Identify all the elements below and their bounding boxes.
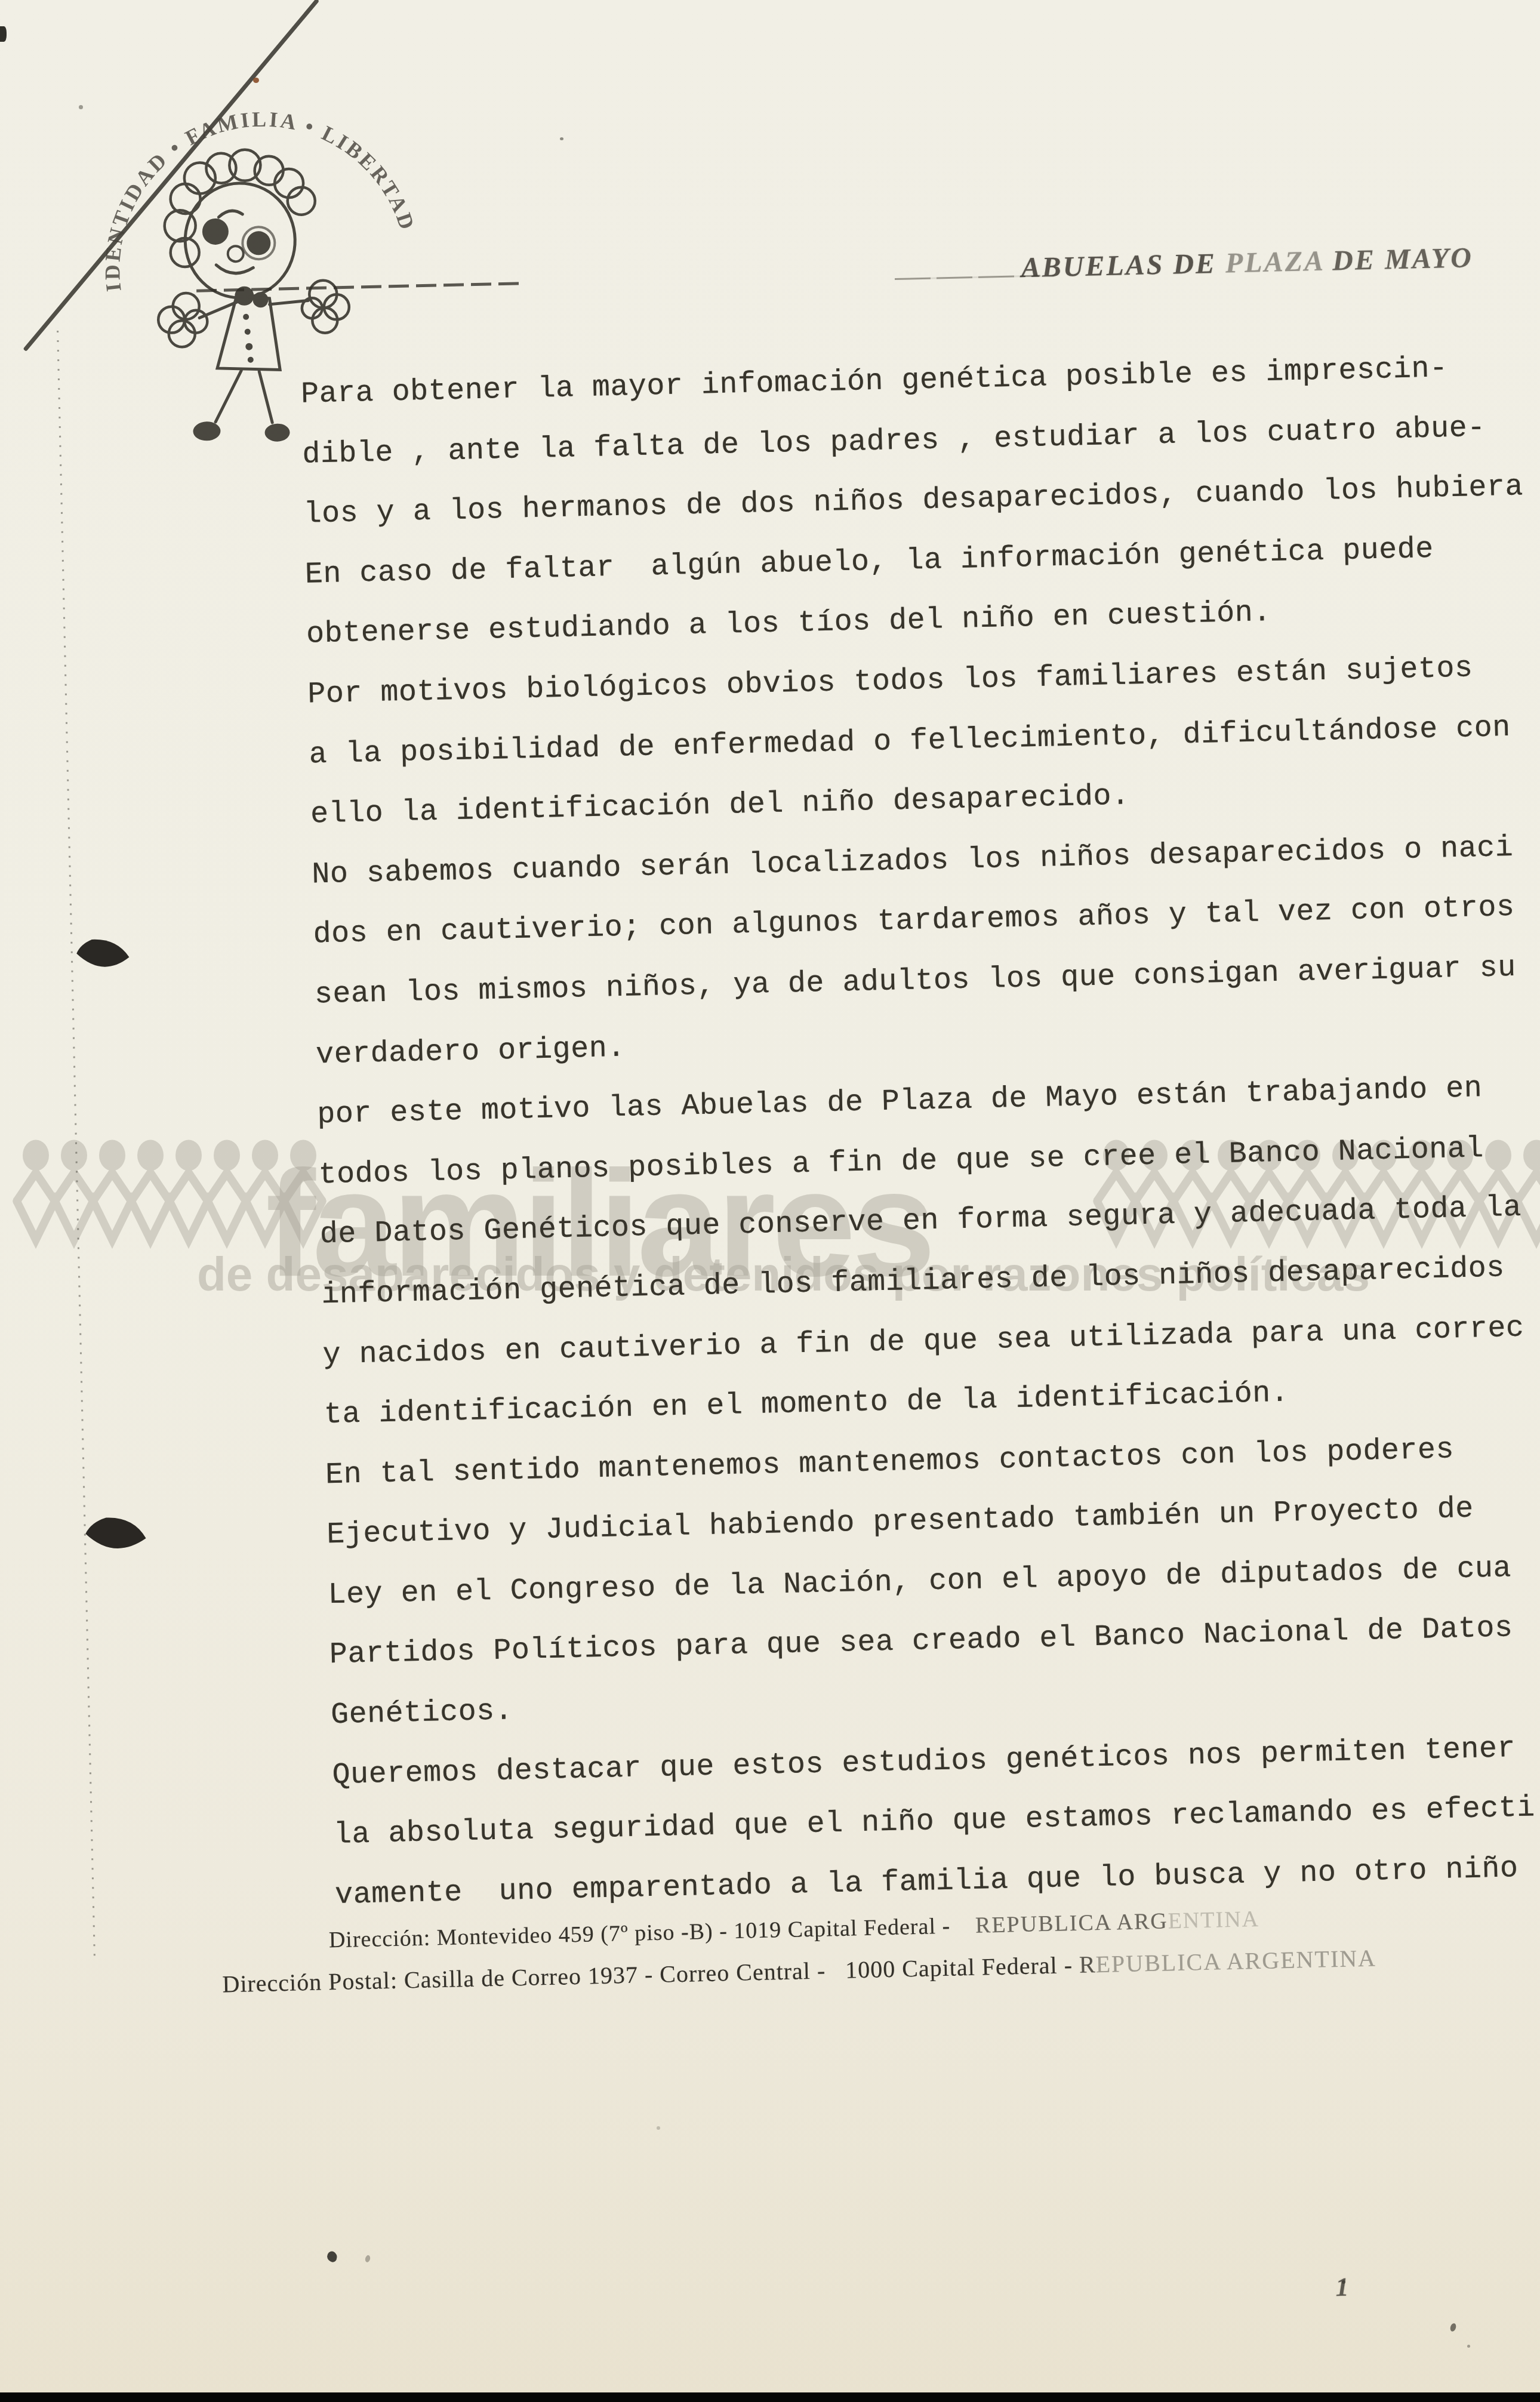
scanner-edge-bar: [0, 2392, 1540, 2402]
footer-country-2b: EPUBLICA ARGENTINA: [1095, 1945, 1376, 1978]
paper-speck: [253, 78, 259, 83]
paper-speck: [1342, 2280, 1345, 2284]
crescent-mark-lower: [85, 1517, 146, 1549]
paper-speck: [0, 26, 7, 42]
page-content: IDENTIDAD • FAMILIA • LIBERTAD: [0, 0, 1540, 2401]
paper-speck: [657, 2126, 660, 2130]
org-name-part1: ABUELAS DE: [1021, 248, 1226, 284]
typed-body: Para obtener la mayor infomación genétic…: [300, 337, 1540, 1926]
crescent-mark-upper: [76, 938, 130, 967]
paper-speck: [560, 137, 563, 140]
org-name-part2: PLAZA: [1225, 245, 1333, 279]
scanned-document-page: familiares de desaparecidos y detenidos …: [0, 0, 1540, 2402]
paper-speck: [79, 105, 83, 109]
stamp-arc-label: IDENTIDAD • FAMILIA • LIBERTAD: [97, 104, 421, 293]
paper-speck: [1467, 2345, 1470, 2348]
footer-country-1b: ENTINA: [1168, 1907, 1259, 1933]
dotted-margin-line: [58, 331, 95, 1956]
org-name-part3: DE MAYO: [1332, 242, 1474, 276]
footer-country-2a: R: [1079, 1951, 1096, 1978]
page-number: 1: [1335, 2272, 1349, 2302]
footer-country-1a: REPUBLICA ARG: [975, 1908, 1169, 1938]
